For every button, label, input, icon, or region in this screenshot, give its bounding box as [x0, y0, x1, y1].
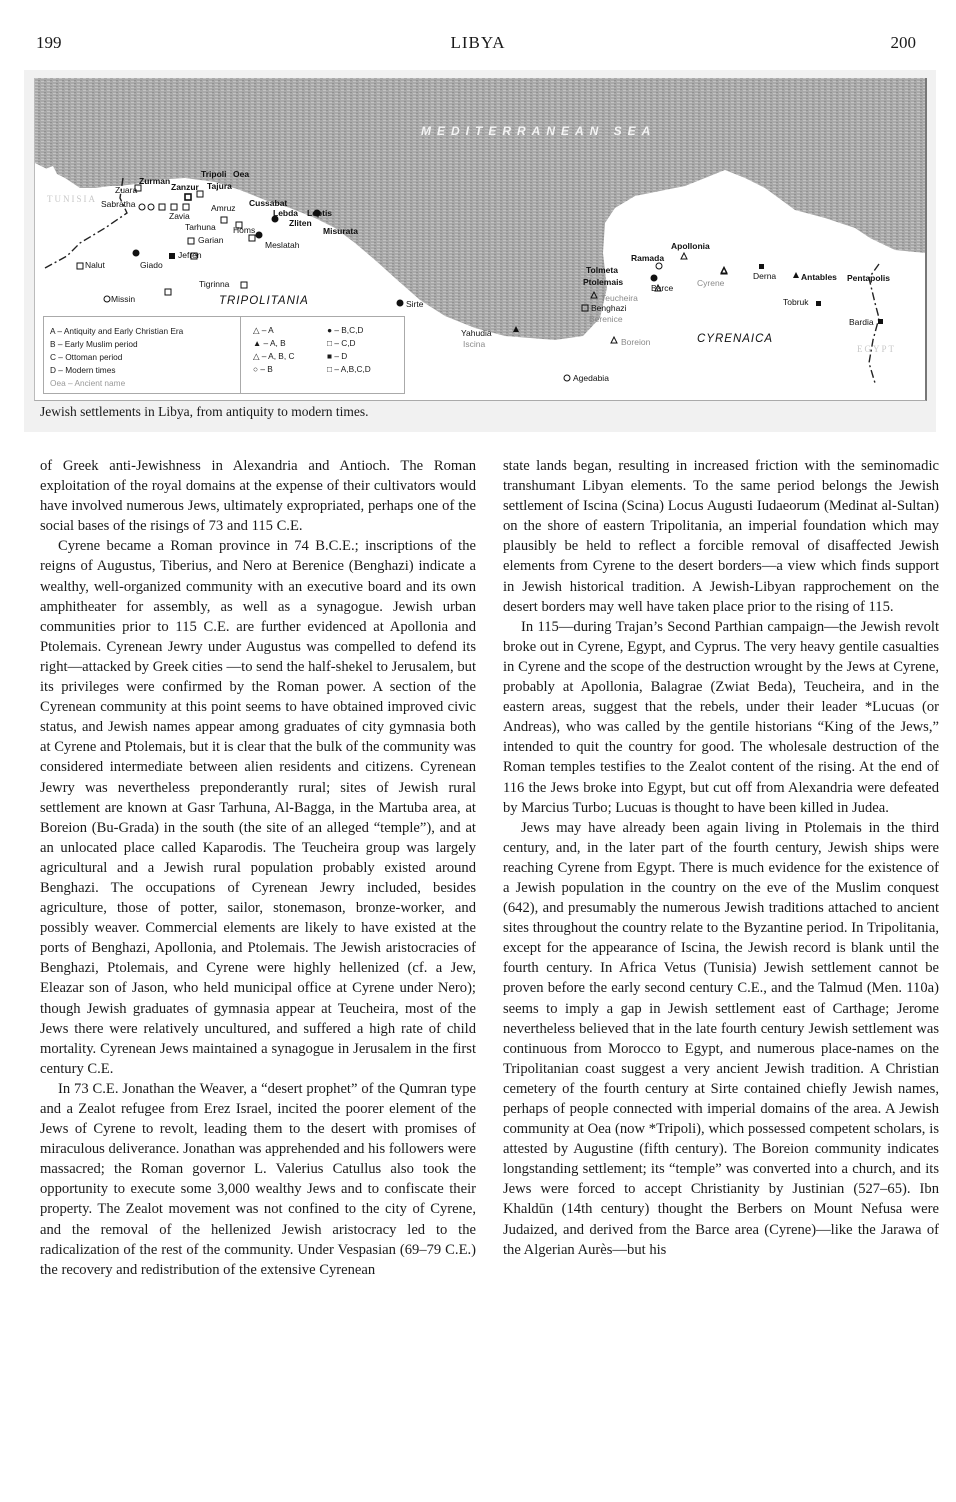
- legend-symbol-label: – A,B,C,D: [334, 364, 370, 374]
- filled-square-icon: ■: [327, 351, 332, 361]
- place-label: Leptis: [307, 209, 332, 218]
- place-label: Sabratha: [101, 200, 136, 209]
- place-label: Lebda: [273, 209, 298, 218]
- running-title: LIBYA: [0, 33, 956, 53]
- place-label: Yahudia: [461, 329, 492, 338]
- place-label: Derna: [753, 272, 776, 281]
- place-label: Tarhuna: [185, 223, 216, 232]
- place-label: Pentapolis: [847, 274, 890, 283]
- tunisia-coast: [35, 166, 57, 190]
- place-label: Zliten: [289, 219, 312, 228]
- place-label: Jefren: [178, 251, 202, 260]
- bold-square-icon: □: [327, 364, 332, 374]
- legend-symbol-label: – D: [334, 351, 347, 361]
- place-label: Oea: [233, 170, 249, 179]
- text-column-left: of Greek anti-Jewishness in Alexandria a…: [40, 456, 476, 1280]
- place-label: Benghazi: [591, 304, 626, 313]
- place-label: Tigrinna: [199, 280, 229, 289]
- place-label: Zanzur: [171, 183, 199, 192]
- map-legend: A – Antiquity and Early Christian Era B …: [43, 316, 405, 394]
- place-label: Tobruk: [783, 298, 809, 307]
- legend-symbol-label: – B,C,D: [334, 325, 363, 335]
- place-label-ancient: Boreion: [621, 338, 650, 347]
- place-label: Ramada: [631, 254, 664, 263]
- legend-symbol-label: – A, B, C: [262, 351, 295, 361]
- paragraph: of Greek anti-Jewishness in Alexandria a…: [40, 456, 476, 536]
- open-square-icon: □: [327, 338, 332, 348]
- place-label: Cussabat: [249, 199, 287, 208]
- map-figure: MEDITERRANEAN SEA TUNISIA EGYPT TRIPOLIT…: [24, 70, 936, 432]
- sea-label: MEDITERRANEAN SEA: [421, 125, 656, 137]
- text-column-right: state lands began, resulting in increase…: [503, 456, 939, 1260]
- place-label: Meslatah: [265, 241, 300, 250]
- place-label-ancient: Teucheira: [601, 294, 638, 303]
- paragraph: Cyrene became a Roman province in 74 B.C…: [40, 536, 476, 1079]
- place-label: Antables: [801, 273, 837, 282]
- paragraph: state lands began, resulting in increase…: [503, 456, 939, 617]
- legend-period: B – Early Muslim period: [50, 338, 236, 351]
- place-label: Homs: [233, 226, 255, 235]
- open-triangle-icon: △: [253, 325, 259, 335]
- country-label-tunisia: TUNISIA: [47, 195, 97, 204]
- place-label: Tajura: [207, 182, 232, 191]
- place-label: Apollonia: [671, 242, 710, 251]
- place-label: Misurata: [323, 227, 358, 236]
- place-label: Barce: [651, 284, 673, 293]
- place-label: Zuara: [115, 186, 137, 195]
- place-label: Zurman: [139, 177, 170, 186]
- page-number-right: 200: [891, 33, 917, 53]
- place-label: Amruz: [211, 204, 236, 213]
- legend-symbol-label: – A, B: [264, 338, 286, 348]
- place-label: Agedabia: [573, 374, 609, 383]
- legend-symbol-label: – C,D: [334, 338, 355, 348]
- place-label: Zavia: [169, 212, 190, 221]
- legend-period: A – Antiquity and Early Christian Era: [50, 325, 236, 338]
- paragraph: Jews may have already been again living …: [503, 818, 939, 1260]
- open-triangle-icon: △: [253, 351, 259, 361]
- place-label: Nalut: [85, 261, 105, 270]
- country-label-egypt: EGYPT: [857, 345, 896, 354]
- legend-periods: A – Antiquity and Early Christian Era B …: [50, 325, 236, 390]
- libya-map: MEDITERRANEAN SEA TUNISIA EGYPT TRIPOLIT…: [34, 78, 927, 401]
- legend-period: D – Modern times: [50, 364, 236, 377]
- region-label-tripolitania: TRIPOLITANIA: [219, 296, 309, 308]
- place-label: Missin: [111, 295, 135, 304]
- paragraph: In 115—during Trajan’s Second Parthian c…: [503, 617, 939, 818]
- place-label: Ptolemais: [583, 278, 623, 287]
- place-label: Tripoli: [201, 170, 227, 179]
- legend-symbols: △ – A ▲ – A, B △ – A, B, C ○ – B ● – B,C…: [240, 317, 405, 393]
- legend-period: C – Ottoman period: [50, 351, 236, 364]
- place-label: Garian: [198, 236, 224, 245]
- place-label: Tolmeta: [586, 266, 618, 275]
- legend-symbol-label: – B: [260, 364, 272, 374]
- open-circle-icon: ○: [253, 364, 258, 374]
- place-label-ancient: Cyrene: [697, 279, 724, 288]
- paragraph: In 73 C.E. Jonathan the Weaver, a “deser…: [40, 1079, 476, 1280]
- filled-circle-icon: ●: [327, 325, 332, 335]
- place-label: Sirte: [406, 300, 423, 309]
- place-label: Giado: [140, 261, 163, 270]
- place-label: Bardia: [849, 318, 874, 327]
- region-label-cyrenaica: CYRENAICA: [697, 334, 773, 346]
- legend-symbol-label: – A: [262, 325, 274, 335]
- place-label-ancient: Iscina: [463, 340, 485, 349]
- filled-triangle-icon: ▲: [253, 338, 261, 348]
- running-header: 199 LIBYA 200: [0, 33, 956, 57]
- figure-caption: Jewish settlements in Libya, from antiqu…: [40, 404, 368, 420]
- legend-ancient-note: Oea – Ancient name: [50, 377, 236, 390]
- place-label-ancient: Berenice: [589, 315, 623, 324]
